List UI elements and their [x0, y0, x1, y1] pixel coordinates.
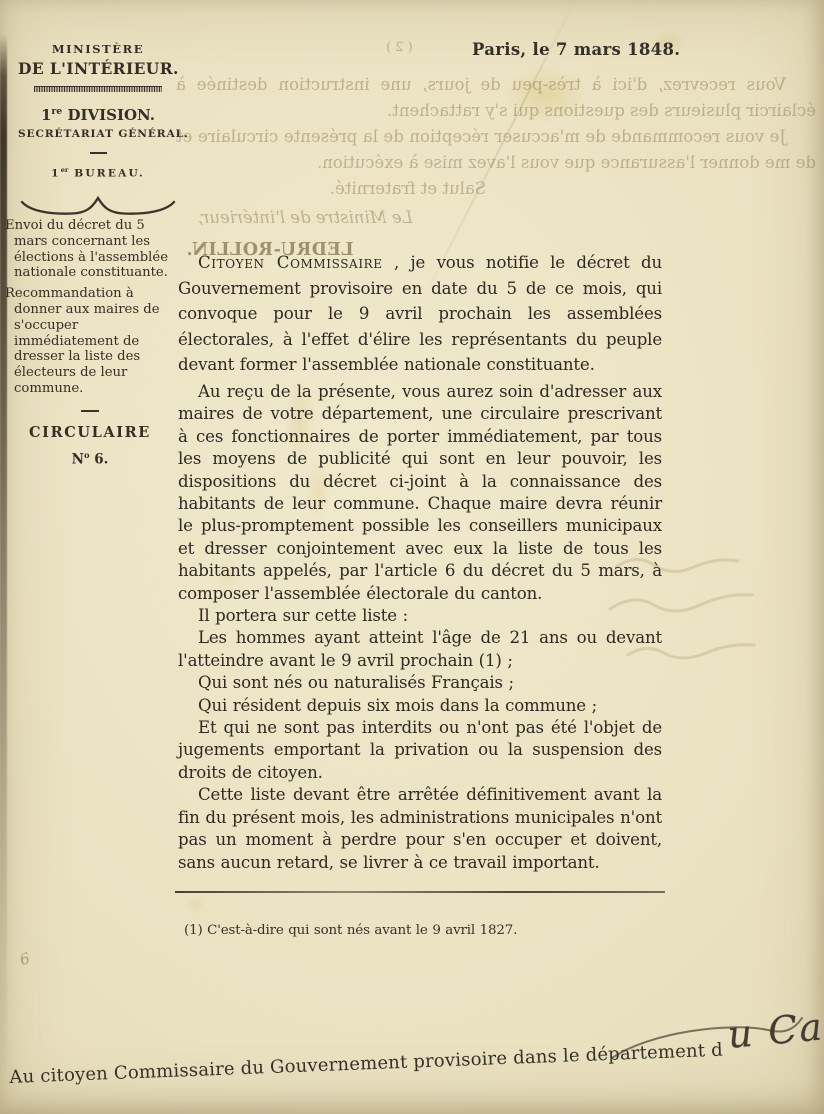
bleedthrough-text: Vous recevrez, d'ici à très-peu de jours… [176, 72, 816, 263]
division-title: 1re DIVISION. [18, 106, 178, 124]
document-scan: ( 2 ) Vous recevrez, d'ici à très-peu de… [0, 0, 824, 1114]
pencil-mark: 6 [17, 949, 32, 969]
body-paragraph-5: Qui sont nés ou naturalisés Français ; [178, 672, 662, 694]
bleed-signature-title: Le Ministre de l'intérieur, [198, 205, 816, 231]
circular-label: CIRCULAIRE [5, 425, 175, 441]
ministry-title-line1: MINISTÈRE [18, 42, 178, 56]
summary-note: Envoi du décret du 5 mars concernant les… [5, 218, 175, 281]
body-paragraph-7: Et qui ne sont pas interdits ou n'ont pa… [178, 717, 662, 784]
secretariat-title: SECRÉTARIAT GÉNÉRAL. [18, 128, 178, 140]
divider-dash [90, 152, 107, 154]
page-number-bleedthrough: ( 2 ) [386, 40, 413, 55]
summary-note: Recommandation à donner aux maires de s'… [5, 286, 175, 397]
body-paragraph-2: Au reçu de la présente, vous aurez soin … [178, 381, 662, 605]
footnote-rule [175, 891, 665, 893]
bleed-paragraph: Vous recevrez, d'ici à très-peu de jours… [176, 72, 816, 124]
body-paragraph-6: Qui résident depuis six mois dans la com… [178, 695, 662, 717]
footnote: (1) C'est-à-dire qui sont nés avant le 9… [178, 920, 662, 942]
margin-summary: Envoi du décret du 5 mars concernant les… [5, 218, 175, 468]
circular-number: No 6. [5, 448, 175, 468]
body-paragraph-3: Il portera sur cette liste : [178, 605, 662, 627]
bureau-title: 1er BUREAU. [18, 166, 178, 180]
salutation: Citoyen Commissaire [198, 253, 383, 272]
bleed-paragraph: Je vous recommande de m'accuser réceptio… [176, 124, 816, 176]
letter-body: Citoyen Commissaire , je vous notifie le… [178, 250, 662, 942]
bleed-salutation: Salut et fraternité. [176, 176, 486, 202]
body-paragraph-1: Citoyen Commissaire , je vous notifie le… [178, 250, 662, 378]
body-paragraph-8: Cette liste devant être arrêtée définiti… [178, 784, 662, 874]
dateline: Paris, le 7 mars 1848. [472, 40, 680, 59]
brace-ornament [20, 190, 176, 216]
double-rule [34, 86, 162, 92]
letterhead: MINISTÈRE DE L'INTÉRIEUR. 1re DIVISION. … [18, 42, 178, 220]
ministry-title-line2: DE L'INTÉRIEUR. [18, 59, 178, 78]
divider-dash [81, 410, 99, 412]
signature-flourish [610, 1014, 810, 1074]
scan-left-edge-shadow [0, 34, 7, 1074]
body-paragraph-4: Les hommes ayant atteint l'âge de 21 ans… [178, 627, 662, 672]
